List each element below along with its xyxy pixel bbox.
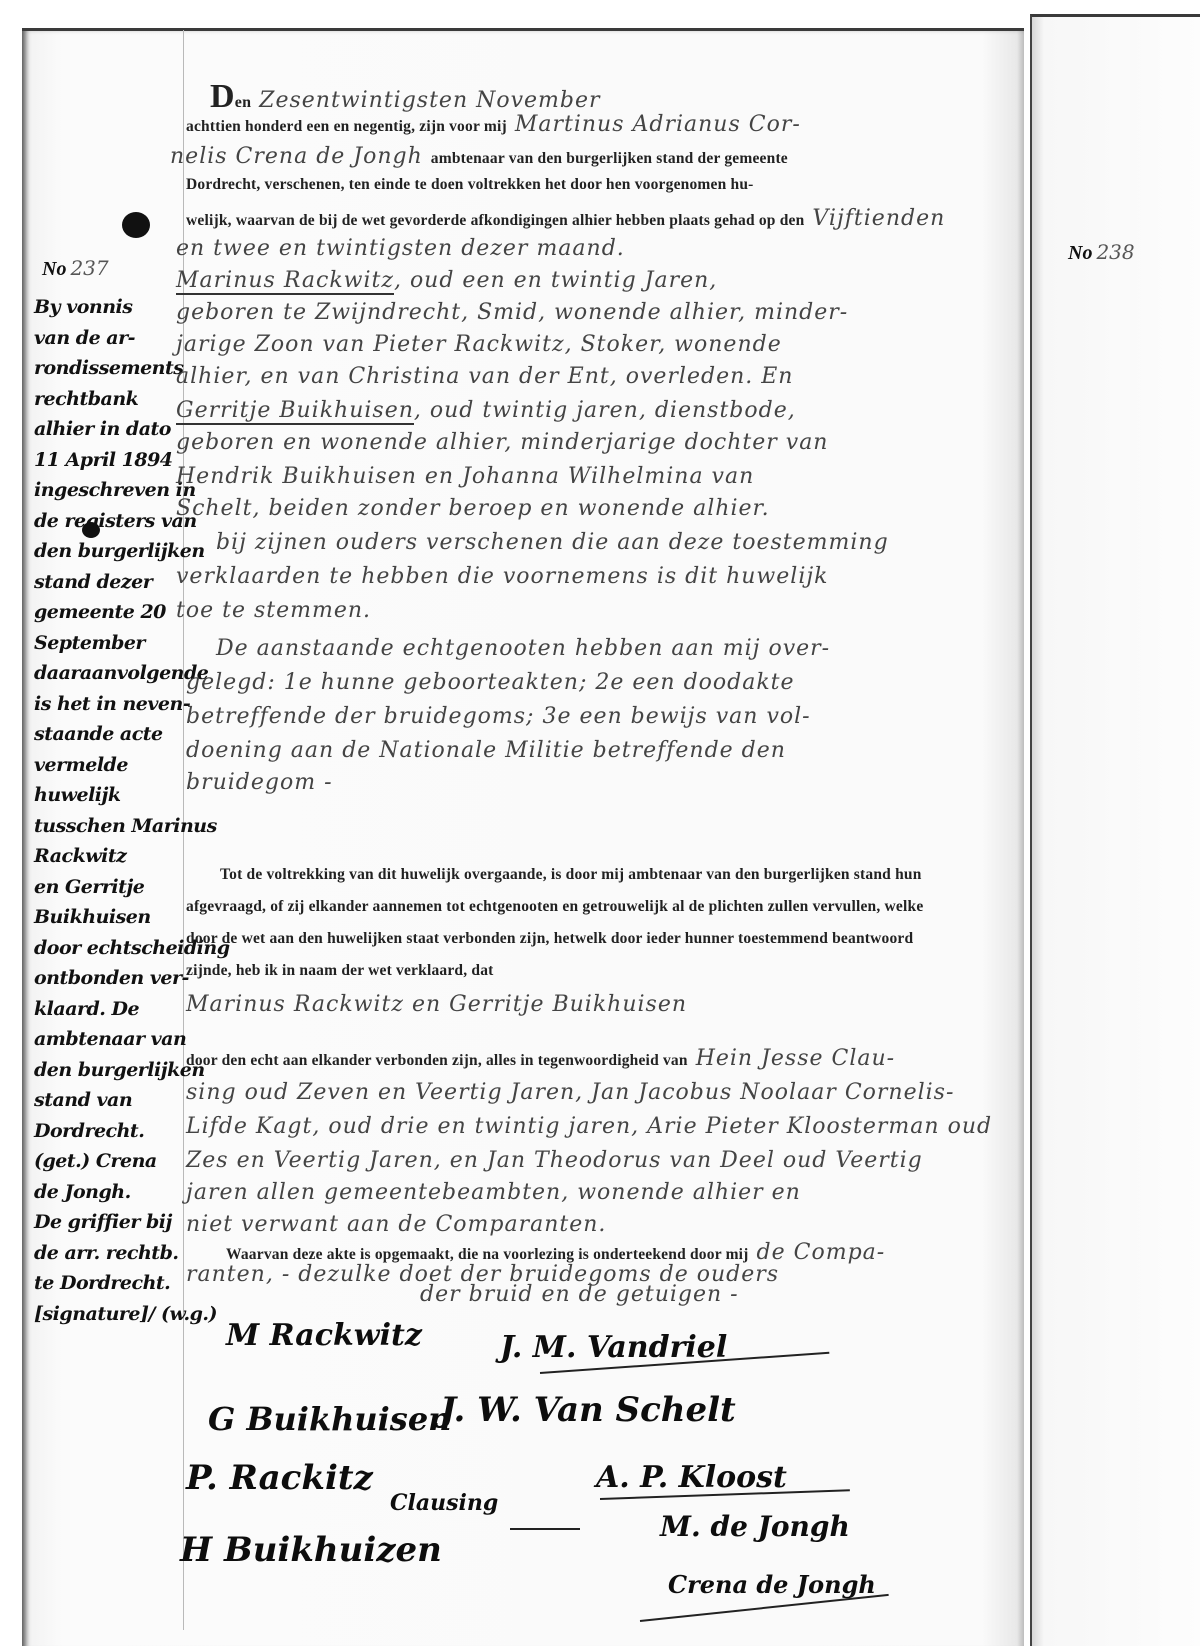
handwritten-text: Schelt, beiden zonder beroep en wonende …	[176, 496, 770, 521]
next-record-number-value: 238	[1096, 240, 1134, 264]
printed-text: ambtenaar van den burgerlijken stand der…	[431, 150, 788, 167]
record-line: Schelt, beiden zonder beroep en wonende …	[176, 496, 770, 521]
record-line: Hendrik Buikhuisen en Johanna Wilhelmina…	[176, 464, 754, 489]
signature: M Rackwitz	[226, 1318, 422, 1353]
record-line: der bruid en de getuigen -	[420, 1282, 739, 1307]
margin-annotation-line: stand dezer	[34, 567, 184, 598]
margin-annotation-line: klaard. De	[34, 994, 184, 1025]
record-line: Zes en Veertig Jaren, en Jan Theodorus v…	[186, 1148, 923, 1173]
record-line: De aanstaande echtgenooten hebben aan mi…	[216, 636, 830, 661]
underlined-name: Marinus Rackwitz	[176, 268, 394, 295]
record-line: jaren allen gemeentebeambten, wonende al…	[186, 1180, 801, 1205]
record-line: Tot de voltrekking van dit huwelijk over…	[220, 866, 922, 884]
record-line: gelegd: 1e hunne geboorteakten; 2e een d…	[186, 670, 795, 695]
record-line: achttien honderd een en negentig, zijn v…	[186, 112, 801, 137]
margin-annotation-line: Dordrecht.	[34, 1116, 184, 1147]
signature: Clausing	[390, 1490, 498, 1516]
handwritten-text: der bruid en de getuigen -	[420, 1282, 739, 1307]
margin-annotation-line: De griffier bij	[34, 1207, 184, 1238]
margin-annotation-line: By vonnis	[34, 292, 184, 323]
margin-annotation-line: den burgerlijken	[34, 536, 184, 567]
record-number: No237	[42, 256, 109, 281]
margin-annotation-line: de registers van	[34, 506, 184, 537]
signature: P. Rackitz	[186, 1458, 373, 1498]
handwritten-text: en twee en twintigsten dezer maand.	[176, 236, 625, 261]
handwritten-text: betreffende der bruidegoms; 3e een bewij…	[186, 704, 811, 729]
record-line: door den echt aan elkander verbonden zij…	[186, 1046, 895, 1071]
handwritten-text: Gerritje Buikhuisen, oud twintig jaren, …	[176, 398, 796, 425]
handwritten-text: Vijftienden	[812, 206, 945, 231]
margin-annotation-line: Buikhuisen	[34, 902, 184, 933]
printed-text: welijk, waarvan de bij de wet gevorderde…	[186, 212, 804, 229]
handwritten-text: toe te stemmen.	[176, 598, 371, 623]
record-line: Dordrecht, verschenen, ten einde te doen…	[186, 176, 754, 194]
record-line: Marinus Rackwitz, oud een en twintig Jar…	[176, 268, 717, 293]
signature-flourish	[510, 1528, 580, 1530]
record-line: geboren te Zwijndrecht, Smid, wonende al…	[176, 300, 848, 325]
printed-text: Den	[210, 78, 251, 115]
margin-annotation-line: stand van	[34, 1085, 184, 1116]
record-line: verklaarden te hebben die voornemens is …	[176, 564, 829, 589]
record-line: doening aan de Nationale Militie betreff…	[186, 738, 786, 763]
record-line: jarige Zoon van Pieter Rackwitz, Stoker,…	[176, 332, 782, 357]
margin-annotation-line: gemeente 20	[34, 597, 184, 628]
record-line: niet verwant aan de Comparanten.	[186, 1212, 606, 1237]
printed-text: door de wet aan den huwelijken staat ver…	[186, 930, 913, 947]
record-line: sing oud Zeven en Veertig Jaren, Jan Jac…	[186, 1080, 954, 1105]
printed-text: Dordrecht, verschenen, ten einde te doen…	[186, 176, 754, 193]
margin-annotation-line: den burgerlijken	[34, 1055, 184, 1086]
signature: J. W. Van Schelt	[440, 1390, 736, 1430]
signature: J. M. Vandriel	[500, 1330, 727, 1365]
handwritten-text: Zesentwintigsten November	[259, 88, 600, 113]
handwritten-text: Martinus Adrianus Cor-	[515, 112, 801, 137]
signature: G Buikhuisen	[208, 1400, 451, 1438]
record-number-label: No	[42, 258, 66, 280]
record-line: betreffende der bruidegoms; 3e een bewij…	[186, 704, 811, 729]
next-record-number-label: No	[1068, 242, 1092, 264]
margin-annotation-line: Rackwitz	[34, 841, 184, 872]
margin-annotation-line: 11 April 1894	[34, 445, 184, 476]
signature: H Buikhuizen	[180, 1530, 442, 1570]
handwritten-text: verklaarden te hebben die voornemens is …	[176, 564, 829, 589]
record-line: door de wet aan den huwelijken staat ver…	[186, 930, 913, 948]
handwritten-text: Hendrik Buikhuisen en Johanna Wilhelmina…	[176, 464, 754, 489]
margin-annotation-line: ambtenaar van	[34, 1024, 184, 1055]
record-line: geboren en wonende alhier, minderjarige …	[176, 430, 828, 455]
handwritten-text: bij zijnen ouders verschenen die aan dez…	[216, 530, 889, 555]
record-line: bij zijnen ouders verschenen die aan dez…	[216, 530, 889, 555]
margin-annotation-line: van de ar-	[34, 323, 184, 354]
margin-annotation-line: alhier in dato	[34, 414, 184, 445]
printed-text: afgevraagd, of zij elkander aannemen tot…	[186, 898, 923, 915]
record-line: nelis Crena de Jonghambtenaar van den bu…	[170, 144, 788, 169]
handwritten-text: niet verwant aan de Comparanten.	[186, 1212, 606, 1237]
next-record-number: No238	[1068, 240, 1135, 265]
handwritten-text: doening aan de Nationale Militie betreff…	[186, 738, 786, 763]
margin-annotation-line: rechtbank	[34, 384, 184, 415]
signature: Crena de Jongh	[668, 1570, 876, 1599]
handwritten-text: Lifde Kagt, oud drie en twintig jaren, A…	[186, 1114, 992, 1139]
handwritten-text: Marinus Rackwitz en Gerritje Buikhuisen	[186, 992, 687, 1017]
margin-annotation-line: en Gerritje	[34, 872, 184, 903]
handwritten-text: Zes en Veertig Jaren, en Jan Theodorus v…	[186, 1148, 923, 1173]
margin-annotation-line: de arr. rechtb.	[34, 1238, 184, 1269]
record-line: zijnde, heb ik in naam der wet verklaard…	[186, 962, 494, 980]
printed-text: achttien honderd een en negentig, zijn v…	[186, 118, 507, 135]
record-line: Lifde Kagt, oud drie en twintig jaren, A…	[186, 1114, 992, 1139]
handwritten-text: jaren allen gemeentebeambten, wonende al…	[186, 1180, 801, 1205]
handwritten-text: gelegd: 1e hunne geboorteakten; 2e een d…	[186, 670, 795, 695]
record-line: afgevraagd, of zij elkander aannemen tot…	[186, 898, 923, 916]
margin-annotation-line: de Jongh.	[34, 1177, 184, 1208]
margin-annotation-line: [signature]/ (w.g.)	[34, 1299, 184, 1330]
record-line: alhier, en van Christina van der Ent, ov…	[176, 364, 793, 389]
handwritten-text: nelis Crena de Jongh	[170, 144, 423, 169]
margin-annotation-line: is het in neven-	[34, 689, 184, 720]
margin-annotation-line: ontbonden ver-	[34, 963, 184, 994]
margin-annotation: By vonnisvan de ar-rondissementsrechtban…	[34, 292, 184, 1329]
handwritten-text: sing oud Zeven en Veertig Jaren, Jan Jac…	[186, 1080, 954, 1105]
record-line: toe te stemmen.	[176, 598, 371, 623]
margin-annotation-line: door echtscheiding	[34, 933, 184, 964]
handwritten-text: geboren te Zwijndrecht, Smid, wonende al…	[176, 300, 848, 325]
record-line: Gerritje Buikhuisen, oud twintig jaren, …	[176, 398, 796, 423]
record-number-value: 237	[70, 256, 108, 280]
record-line: en twee en twintigsten dezer maand.	[176, 236, 625, 261]
printed-text: Tot de voltrekking van dit huwelijk over…	[220, 866, 922, 883]
handwritten-text: bruidegom -	[186, 770, 333, 795]
handwritten-text: alhier, en van Christina van der Ent, ov…	[176, 364, 793, 389]
record-line: DenZesentwintigsten November	[210, 78, 601, 116]
margin-annotation-line: vermelde	[34, 750, 184, 781]
underlined-name: Gerritje Buikhuisen	[176, 398, 414, 425]
ink-blot	[122, 212, 150, 238]
handwritten-text: De aanstaande echtgenooten hebben aan mi…	[216, 636, 830, 661]
record-line: bruidegom -	[186, 770, 333, 795]
signature: A. P. Kloost	[596, 1460, 787, 1495]
margin-annotation-line: ingeschreven in	[34, 475, 184, 506]
handwritten-text: jarige Zoon van Pieter Rackwitz, Stoker,…	[176, 332, 782, 357]
record-line: Marinus Rackwitz en Gerritje Buikhuisen	[186, 992, 687, 1017]
margin-annotation-line: daaraanvolgende	[34, 658, 184, 689]
margin-annotation-line: huwelijk	[34, 780, 184, 811]
handwritten-text: Marinus Rackwitz, oud een en twintig Jar…	[176, 268, 717, 295]
record-line: welijk, waarvan de bij de wet gevorderde…	[186, 206, 945, 231]
handwritten-text: geboren en wonende alhier, minderjarige …	[176, 430, 828, 455]
printed-text: zijnde, heb ik in naam der wet verklaard…	[186, 962, 494, 979]
handwritten-text: Hein Jesse Clau-	[696, 1046, 895, 1071]
printed-text: Waarvan deze akte is opgemaakt, die na v…	[226, 1246, 749, 1263]
margin-annotation-line: (get.) Crena	[34, 1146, 184, 1177]
margin-annotation-line: staande acte	[34, 719, 184, 750]
margin-annotation-line: te Dordrecht.	[34, 1268, 184, 1299]
margin-annotation-line: September	[34, 628, 184, 659]
printed-text: door den echt aan elkander verbonden zij…	[186, 1052, 688, 1069]
margin-annotation-line: rondissements	[34, 353, 184, 384]
margin-annotation-line: tusschen Marinus	[34, 811, 184, 842]
signature: M. de Jongh	[660, 1510, 850, 1543]
